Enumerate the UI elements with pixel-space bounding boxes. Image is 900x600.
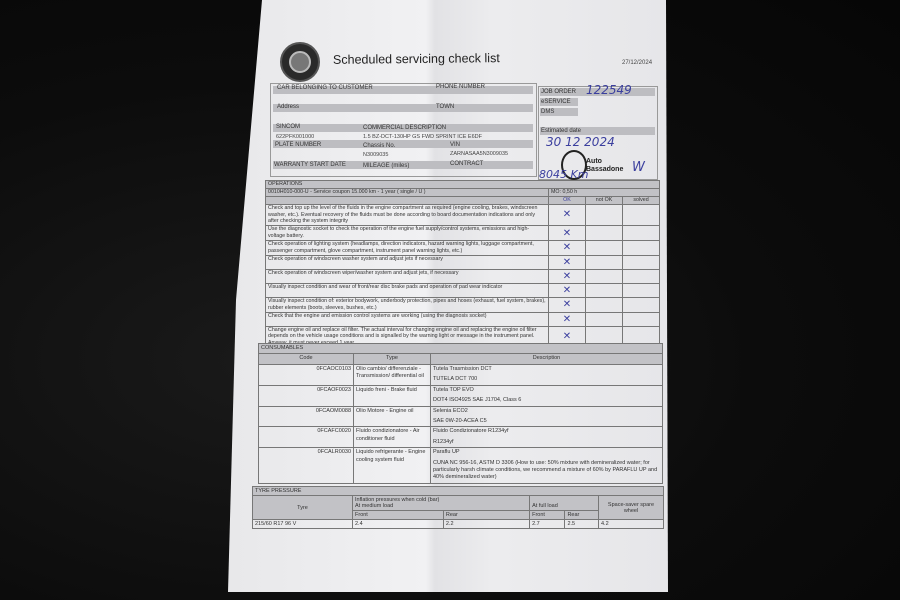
consumable-code: 0FCAOC0103 xyxy=(259,364,354,385)
chassis-value: N3009035 xyxy=(363,152,388,158)
consumable-type: Olio cambio/ differenziale - Transmissio… xyxy=(354,364,431,385)
solved-checkbox[interactable] xyxy=(623,269,660,283)
vin-label: VIN xyxy=(450,142,460,148)
ok-checkbox[interactable]: ✕ xyxy=(549,226,586,241)
solved-checkbox[interactable] xyxy=(623,283,660,297)
vin-value: ZARNASAA5N3009035 xyxy=(450,151,508,157)
consumable-row: 0FCAFC0020Fluido condizionatore - Air co… xyxy=(259,427,663,448)
address-label: Address xyxy=(277,104,299,110)
ok-checkbox[interactable]: ✕ xyxy=(549,255,586,269)
operation-row: Visually inspect condition of: exterior … xyxy=(266,297,660,312)
col-description: Description xyxy=(431,354,663,364)
consumable-code: 0FCAOF0023 xyxy=(259,385,354,406)
tyre-pressure-label: TYRE PRESSURE xyxy=(253,487,664,496)
ok-checkbox[interactable]: ✕ xyxy=(549,204,586,226)
description-line-2: R1234yf xyxy=(433,439,660,446)
sincom-label: SINCOM xyxy=(276,124,300,130)
consumable-description: Selenia ECO2SAE 0W-20-ACEA C5 xyxy=(431,406,663,427)
alfa-romeo-logo-icon xyxy=(280,42,320,82)
tyre-pressure-section: TYRE PRESSURE Tyre Inflation pressures w… xyxy=(252,486,664,529)
col-type: Type xyxy=(354,354,431,364)
operation-text: Visually inspect condition and wear of f… xyxy=(266,283,549,297)
operation-row: Check operation of windscreen washer sys… xyxy=(266,255,660,269)
consumable-row: 0FCAOM0088Olio Motore - Engine oilSeleni… xyxy=(259,406,663,427)
consumable-description: Tutela TOP EVODOT4 ISO4925 SAE J1704, Cl… xyxy=(431,385,663,406)
description-line-2: DOT4 ISO4925 SAE J1704, Class 6 xyxy=(433,397,660,404)
operation-row: Use the diagnostic socket to check the o… xyxy=(266,226,660,241)
consumable-type: Olio Motore - Engine oil xyxy=(354,406,431,427)
operation-row: Check operation of lighting system (head… xyxy=(266,241,660,256)
mileage-label: MILEAGE (miles) xyxy=(363,163,409,169)
consumable-description: Fluido Condizionatore R1234yfR1234yf xyxy=(431,427,663,448)
not-ok-checkbox[interactable] xyxy=(586,283,623,297)
operations-label: OPERATIONS xyxy=(266,181,660,189)
operation-text: Visually inspect condition of: exterior … xyxy=(266,297,549,312)
operation-text: Check operation of windscreen washer sys… xyxy=(266,255,549,269)
document-title: Scheduled servicing check list xyxy=(333,51,500,67)
warranty-start-label: WARRANTY START DATE xyxy=(274,162,346,168)
consumable-row: 0FCAOF0023Liquido freni - Brake fluidTut… xyxy=(259,385,663,406)
ok-checkbox[interactable]: ✕ xyxy=(549,283,586,297)
col-code: Code xyxy=(259,354,354,364)
not-ok-checkbox[interactable] xyxy=(586,312,623,326)
description-line-1: Selenia ECO2 xyxy=(433,408,660,415)
medium-load-header: Inflation pressures when cold (bar)At me… xyxy=(353,496,530,511)
not-ok-checkbox[interactable] xyxy=(586,297,623,312)
description-line-1: Tutela TOP EVO xyxy=(433,387,660,394)
consumable-type: Liquido refrigerante - Engine cooling sy… xyxy=(354,448,431,484)
consumable-code: 0FCAOM0088 xyxy=(259,406,354,427)
solved-checkbox[interactable] xyxy=(623,226,660,241)
operation-row: Check operation of windscreen wiper/wash… xyxy=(266,269,660,283)
not-ok-checkbox[interactable] xyxy=(586,241,623,256)
consumable-description: Tutela Trasmission DCTTUTELA DCT 700 xyxy=(431,364,663,385)
ok-checkbox[interactable]: ✕ xyxy=(549,269,586,283)
medium-front-value: 2.4 xyxy=(353,520,444,529)
consumable-type: Fluido condizionatore - Air conditioner … xyxy=(354,427,431,448)
estimated-date-value: 30 12 2024 xyxy=(546,135,615,149)
col-not-ok: not OK xyxy=(586,196,623,204)
operation-row: Check and top up the level of the fluids… xyxy=(266,204,660,226)
consumable-code: 0FCAFC0020 xyxy=(259,427,354,448)
description-line-1: Paraflu UP xyxy=(433,449,660,456)
description-line-2: SAE 0W-20-ACEA C5 xyxy=(433,418,660,425)
col-tyre: Tyre xyxy=(253,496,353,520)
medium-rear-label: Rear xyxy=(443,511,529,520)
not-ok-checkbox[interactable] xyxy=(586,269,623,283)
full-load-label: At full load xyxy=(530,496,599,511)
car-belonging-label: CAR BELONGING TO CUSTOMER xyxy=(277,85,373,91)
stamp-text-bassadone: Bassadone xyxy=(586,166,623,173)
solved-checkbox[interactable] xyxy=(623,297,660,312)
operation-text: Check that the engine and emission contr… xyxy=(266,312,549,326)
description-line-1: Fluido Condizionatore R1234yf xyxy=(433,428,660,435)
sincom-value: 622PFK001000 xyxy=(276,134,314,140)
tyre-size: 215/60 R17 96 V xyxy=(253,520,353,529)
consumables-section: CONSUMABLES Code Type Description 0FCAOC… xyxy=(258,343,663,484)
job-order-label: JOB ORDER xyxy=(541,89,576,95)
operation-text: Check operation of windscreen wiper/wash… xyxy=(266,269,549,283)
solved-checkbox[interactable] xyxy=(623,312,660,326)
medium-front-label: Front xyxy=(353,511,444,520)
consumable-code: 0FCALR0030 xyxy=(259,448,354,484)
col-ok: OK xyxy=(549,196,586,204)
commercial-description-value: 1.5 BZ-DCT-130HP GS FWD SPRINT ICE E6DF xyxy=(363,134,482,140)
operation-text: Check operation of lighting system (head… xyxy=(266,241,549,256)
operation-row: Visually inspect condition and wear of f… xyxy=(266,283,660,297)
solved-checkbox[interactable] xyxy=(623,241,660,256)
contract-label: CONTRACT xyxy=(450,161,483,167)
eservice-label: eSERVICE xyxy=(541,99,571,105)
operations-section: OPERATIONS 0010H010-000-U - Service coup… xyxy=(265,180,660,362)
dms-label: DMS xyxy=(541,109,554,115)
operation-text: Check and top up the level of the fluids… xyxy=(266,204,549,226)
description-line-1: Tutela Trasmission DCT xyxy=(433,366,660,373)
medium-rear-value: 2.2 xyxy=(443,520,529,529)
spare-wheel-label: Space-saver spare wheel xyxy=(599,496,664,520)
commercial-description-label: COMMERCIAL DESCRIPTION xyxy=(363,125,446,131)
consumable-row: 0FCAOC0103Olio cambio/ differenziale - T… xyxy=(259,364,663,385)
job-order-value: 122549 xyxy=(586,83,632,97)
full-front-label: Front xyxy=(530,511,565,520)
chassis-label: Chassis No. xyxy=(363,143,395,149)
consumable-description: Paraflu UPCUNA NC 956-16, ASTM D 3306 (H… xyxy=(431,448,663,484)
town-label: TOWN xyxy=(436,104,454,110)
ok-checkbox[interactable]: ✕ xyxy=(549,297,586,312)
not-ok-checkbox[interactable] xyxy=(586,204,623,226)
plate-number-label: PLATE NUMBER xyxy=(275,142,321,148)
print-date: 27/12/2024 xyxy=(622,60,652,66)
not-ok-checkbox[interactable] xyxy=(586,255,623,269)
mo-hours: MO: 0,50 h xyxy=(549,188,660,196)
col-solved: solved xyxy=(623,196,660,204)
phone-label: PHONE NUMBER xyxy=(436,84,485,90)
medium-load-label: At medium load xyxy=(355,503,393,509)
ok-checkbox[interactable]: ✕ xyxy=(549,241,586,256)
not-ok-checkbox[interactable] xyxy=(586,226,623,241)
solved-checkbox[interactable] xyxy=(623,204,660,226)
full-rear-label: Rear xyxy=(565,511,599,520)
consumable-type: Liquido freni - Brake fluid xyxy=(354,385,431,406)
consumables-label: CONSUMABLES xyxy=(259,344,663,354)
ok-checkbox[interactable]: ✕ xyxy=(549,312,586,326)
stamp-text-auto: Auto xyxy=(586,158,602,165)
operation-text: Use the diagnostic socket to check the o… xyxy=(266,226,549,241)
estimated-date-label: Estimated date xyxy=(541,128,581,134)
operation-row: Check that the engine and emission contr… xyxy=(266,312,660,326)
service-coupon: 0010H010-000-U - Service coupon 15.000 k… xyxy=(266,188,549,196)
consumable-row: 0FCALR0030Liquido refrigerante - Engine … xyxy=(259,448,663,484)
solved-checkbox[interactable] xyxy=(623,255,660,269)
signature: W xyxy=(632,160,645,175)
description-line-2: CUNA NC 956-16, ASTM D 3306 (How to use:… xyxy=(433,460,660,482)
full-rear-value: 2.5 xyxy=(565,520,599,529)
full-front-value: 2.7 xyxy=(530,520,565,529)
description-line-2: TUTELA DCT 700 xyxy=(433,376,660,383)
spare-value: 4.2 xyxy=(599,520,664,529)
